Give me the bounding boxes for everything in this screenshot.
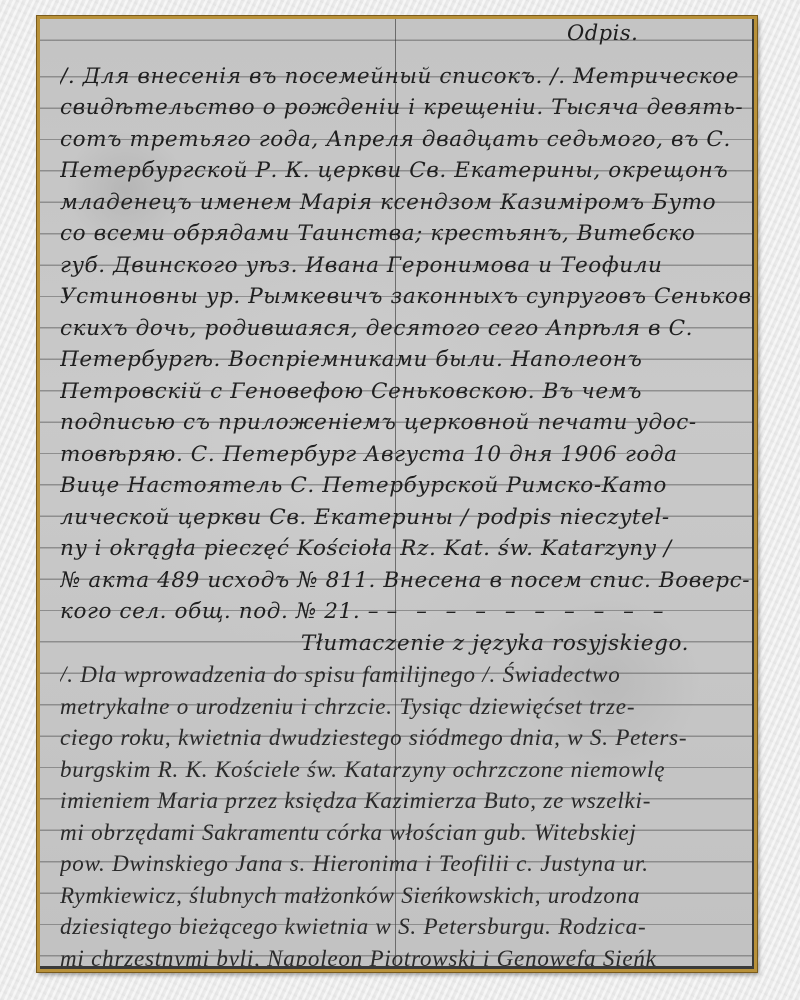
document-scan: Odpis. /. Для внесенія въ посемейный спи… [40, 19, 752, 966]
text-line: подписью съ приложеніемъ церковной печат… [60, 407, 750, 438]
document-header-odpis: Odpis. [567, 21, 638, 45]
text-line: лической церкви Св. Екатерины / podpis n… [60, 502, 750, 533]
text-line: ny i okrągła pieczęć Kościoła Rz. Kat. ś… [60, 533, 750, 564]
text-line: Петербургской Р. К. церкви Св. Екатерины… [60, 155, 750, 186]
text-line: /. Для внесенія въ посемейный списокъ. /… [60, 61, 750, 92]
text-line: губ. Двинского уѣз. Ивана Геронимова и Т… [60, 250, 750, 281]
text-line: mi obrzędami Sakramentu córka włościan g… [60, 817, 750, 848]
text-line: metrykalne o urodzeniu i chrzcie. Tysiąc… [60, 691, 750, 722]
text-line: dziesiątego bieżącego kwietnia w S. Pete… [60, 911, 750, 942]
text-line: Rymkiewicz, ślubnych małżonków Sieńkowsk… [60, 880, 750, 911]
text-line: imieniem Maria przez księdza Kazimierza … [60, 785, 750, 816]
text-line: кого сел. общ. под. № 21. – [60, 599, 379, 624]
text-line: со всеми обрядами Таинства; крестьянъ, В… [60, 218, 750, 249]
text-line: burgskim R. K. Kościele św. Katarzyny oc… [60, 754, 750, 785]
photo-frame: Odpis. /. Для внесенія въ посемейный спи… [37, 16, 757, 972]
text-line-with-dashes: кого сел. общ. под. № 21. – – – – – – – … [60, 596, 750, 627]
text-line: Петербургѣ. Воспріемниками были. Наполео… [60, 344, 750, 375]
text-line: № акта 489 исходъ № 811. Внесена в посем… [60, 565, 750, 596]
text-line: Петровскій с Геновефою Сеньковскою. Въ ч… [60, 376, 750, 407]
text-line: товѣряю. С. Петербург Августа 10 дня 190… [60, 439, 750, 470]
text-line: mi chrzestnymi byli, Napoleon Piotrowski… [60, 943, 750, 966]
text-line: ciego roku, kwietnia dwudziestego siódme… [60, 722, 750, 753]
text-line: свидѣтельство о рожденіи і крещеніи. Тыс… [60, 92, 750, 123]
text-line: сотъ третьяго года, Апреля двадцать седь… [60, 124, 750, 155]
text-line: /. Dla wprowadzenia do spisu familijnego… [60, 659, 750, 690]
translation-heading: Tłumaczenie z języka rosyjskiego. [40, 628, 750, 659]
text-line: Вице Настоятель С. Петербурской Римско-К… [60, 470, 750, 501]
text-line: Устиновны ур. Рымкевичъ законныхъ супруг… [60, 281, 750, 312]
text-line: скихъ дочь, родившаяся, десятого сего Ап… [60, 313, 750, 344]
text-line: pow. Dwinskiego Jana s. Hieronima i Teof… [60, 848, 750, 879]
text-line: младенецъ именем Марія ксендзом Казиміро… [60, 187, 750, 218]
filler-dashes: – – – – – – – – – – [387, 599, 670, 624]
